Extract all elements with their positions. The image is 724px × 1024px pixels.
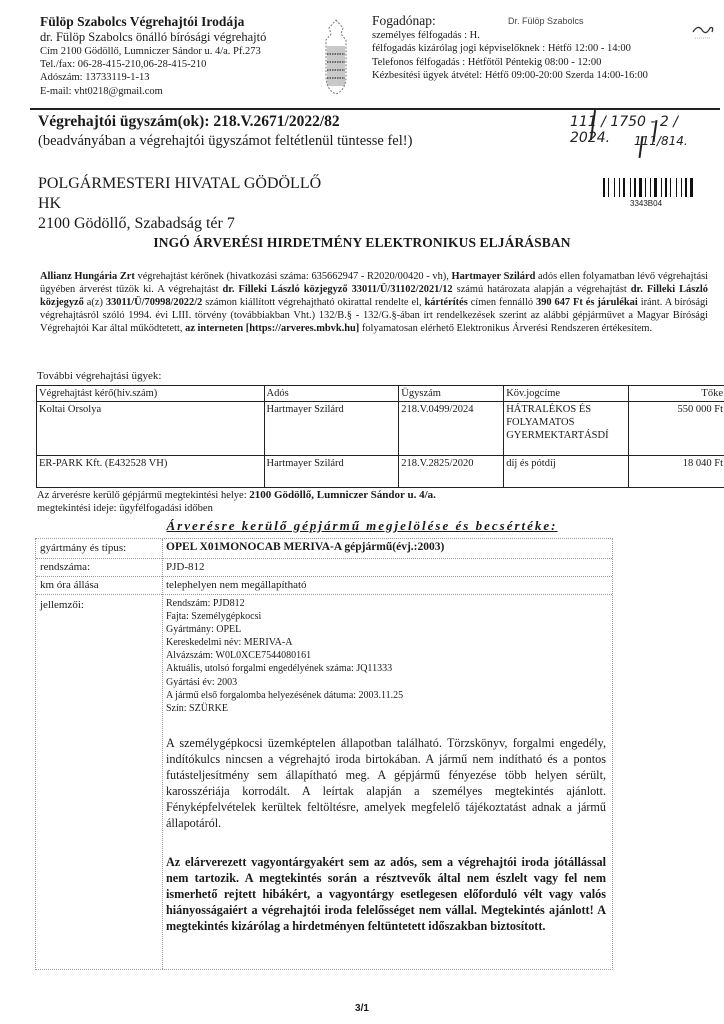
- vehicle-description: A személygépkocsi üzemképtelen állapotba…: [166, 735, 606, 831]
- detail-line: Szín: SZÜRKE: [166, 702, 403, 715]
- detail-line: Fajta: Személygépkocsi: [166, 610, 403, 623]
- detail-line: Aktuális, utolsó forgalmi engedélyének s…: [166, 662, 403, 675]
- decree-number: 33011/Ü/70998/2022/2: [106, 297, 202, 308]
- vehicle-section-title: Árverésre kerülő gépjármű megjelölése és…: [0, 518, 724, 534]
- column-header: Végrehajtást kérő(hiv.szám): [37, 386, 265, 402]
- barcode-label: 3343B04: [630, 199, 662, 208]
- addressee-address: 2100 Gödöllő, Szabadság tér 7: [38, 214, 438, 234]
- column-header: Tőke: [629, 386, 724, 402]
- viewing-place: 2100 Gödöllő, Lumniczer Sándor u. 4/a.: [249, 489, 436, 501]
- handwritten-registry-number: 111 / 1750 - 2 / 2024. 111/814.: [570, 114, 720, 162]
- detail-line: Kereskedelmi név: MERIVA-A: [166, 636, 403, 649]
- office-phone: Tel./fax: 06-28-415-210,06-28-415-210: [40, 58, 325, 71]
- vehicle-row: gyártmány és típus: OPEL X01MONOCAB MERI…: [36, 539, 612, 559]
- intro-text: folyamatosan elérhető Elektronikus Árver…: [359, 323, 652, 334]
- table-cell: Hartmayer Szilárd: [264, 402, 399, 456]
- case-number: Végrehajtói ügyszám(ok): 218.V.2671/2022…: [38, 112, 538, 132]
- intro-text: címen fennálló: [468, 297, 536, 308]
- barcode-icon: [603, 178, 713, 197]
- reception-line: Telefonos félfogadás : Hétfőtől Péntekig…: [372, 56, 692, 69]
- table-cell: 218.V.2825/2020: [399, 456, 504, 488]
- case-number-note: (beadványában a végrehajtói ügyszámot fe…: [38, 132, 538, 150]
- viewing-time: megtekintési ideje: ügyfélfogadási időbe…: [37, 502, 697, 515]
- table-row: Koltai Orsolya Hartmayer Szilárd 218.V.0…: [37, 402, 724, 456]
- debtor-name: Hartmayer Szilárd: [452, 271, 536, 282]
- office-tax-number: Adószám: 13733119-1-13: [40, 71, 325, 84]
- reception-line: Kézbesítési ügyek átvétel: Hétfő 09:00-2…: [372, 69, 692, 82]
- coat-of-arms-icon: [323, 18, 349, 96]
- case-number-block: Végrehajtói ügyszám(ok): 218.V.2671/2022…: [38, 112, 538, 150]
- vehicle-table: gyártmány és típus: OPEL X01MONOCAB MERI…: [35, 538, 613, 970]
- signature-mark-icon: [690, 18, 716, 44]
- office-name: Fülöp Szabolcs Végrehajtói Irodája: [40, 14, 325, 30]
- detail-line: A jármű első forgalomba helyezésének dát…: [166, 689, 403, 702]
- intro-text: a(z): [84, 297, 106, 308]
- intro-text: számon kiállított végrehajtható okiratta…: [202, 297, 424, 308]
- vehicle-value: OPEL X01MONOCAB MERIVA-A gépjármű(évj.:2…: [166, 541, 444, 553]
- vehicle-label: jellemzői:: [40, 599, 84, 611]
- intro-text: végrehajtást kérőnek (hivatkozási száma:…: [135, 271, 449, 282]
- stamp-name: Dr. Fülöp Szabolcs: [508, 16, 584, 26]
- office-email: E-mail: vht0218@gmail.com: [40, 85, 325, 98]
- page-number: 3/1: [0, 1003, 724, 1014]
- office-address: Cím 2100 Gödöllő, Lumniczer Sándor u. 4/…: [40, 45, 325, 58]
- detail-line: Rendszám: PJD812: [166, 597, 403, 610]
- detail-line: Gyártási év: 2003: [166, 676, 403, 689]
- detail-line: Alvázszám: W0L0XCE7544080161: [166, 649, 403, 662]
- table-cell: 218.V.0499/2024: [399, 402, 504, 456]
- table-cell: ER-PARK Kft. (E432528 VH): [37, 456, 265, 488]
- table-cell: 18 040 Ft: [629, 456, 724, 488]
- office-header: Fülöp Szabolcs Végrehajtói Irodája dr. F…: [40, 14, 325, 98]
- document-title: INGÓ ÁRVERÉSI HIRDETMÉNY ELEKTRONIKUS EL…: [0, 235, 724, 251]
- liability-warning: Az elárverezett vagyontárgyakért sem az …: [166, 854, 606, 934]
- header-divider: [30, 108, 720, 110]
- auction-site-link[interactable]: az interneten [https://arveres.mbvk.hu]: [185, 323, 359, 334]
- other-cases-table: Végrehajtást kérő(hiv.szám) Adós Ügyszám…: [36, 385, 724, 488]
- claim-amount: 390 647 Ft és járulékai: [536, 297, 638, 308]
- office-subtitle: dr. Fülöp Szabolcs önálló bírósági végre…: [40, 30, 325, 45]
- column-header: Ügyszám: [399, 386, 504, 402]
- column-divider: [162, 539, 163, 969]
- intro-paragraph: Allianz Hungária Zrt végrehajtást kérőne…: [40, 271, 708, 336]
- other-cases-label: További végrehajtási ügyek:: [37, 370, 161, 382]
- viewing-place-label: Az árverésre kerülő gépjármű megtekintés…: [37, 490, 249, 501]
- intro-text: számú határozata alapján a végrehajtást: [453, 284, 631, 295]
- column-header: Adós: [264, 386, 399, 402]
- viewing-info: Az árverésre kerülő gépjármű megtekintés…: [37, 489, 697, 515]
- vehicle-row: rendszáma: PJD-812: [36, 558, 612, 577]
- table-cell: díj és pótdíj: [504, 456, 629, 488]
- table-header-row: Végrehajtást kérő(hiv.szám) Adós Ügyszám…: [37, 386, 724, 402]
- addressee-name: POLGÁRMESTERI HIVATAL GÖDÖLLŐ: [38, 174, 438, 194]
- vehicle-label: gyártmány és típus:: [40, 542, 126, 554]
- creditor-name: Allianz Hungária Zrt: [40, 271, 135, 282]
- vehicle-label: rendszáma:: [40, 561, 90, 573]
- detail-line: Gyártmány: OPEL: [166, 623, 403, 636]
- vehicle-value: PJD-812: [166, 561, 205, 573]
- table-cell: HÁTRALÉKOS ÉS FOLYAMATOS GYERMEKTARTÁSDÍ: [504, 402, 629, 456]
- addressee-dept: HK: [38, 194, 438, 214]
- addressee: POLGÁRMESTERI HIVATAL GÖDÖLLŐ HK 2100 Gö…: [38, 174, 438, 234]
- notary-decision: dr. Filleki László közjegyző 33011/Ü/311…: [223, 284, 453, 295]
- vehicle-label: km óra állása: [40, 579, 99, 591]
- column-header: Köv.jogcíme: [504, 386, 629, 402]
- table-cell: Koltai Orsolya: [37, 402, 265, 456]
- claim-title: kártérítés: [424, 297, 467, 308]
- table-cell: Hartmayer Szilárd: [264, 456, 399, 488]
- vehicle-details: Rendszám: PJD812 Fajta: Személygépkocsi …: [166, 597, 403, 715]
- vehicle-value: telephelyen nem megállapítható: [166, 579, 307, 591]
- table-cell: 550 000 Ft: [629, 402, 724, 456]
- reception-line: félfogadás kizárólag jogi képviselőknek …: [372, 42, 692, 55]
- reception-line: személyes félfogadás : H.: [372, 29, 692, 42]
- table-row: ER-PARK Kft. (E432528 VH) Hartmayer Szil…: [37, 456, 724, 488]
- vehicle-row: km óra állása telephelyen nem megállapít…: [36, 576, 612, 595]
